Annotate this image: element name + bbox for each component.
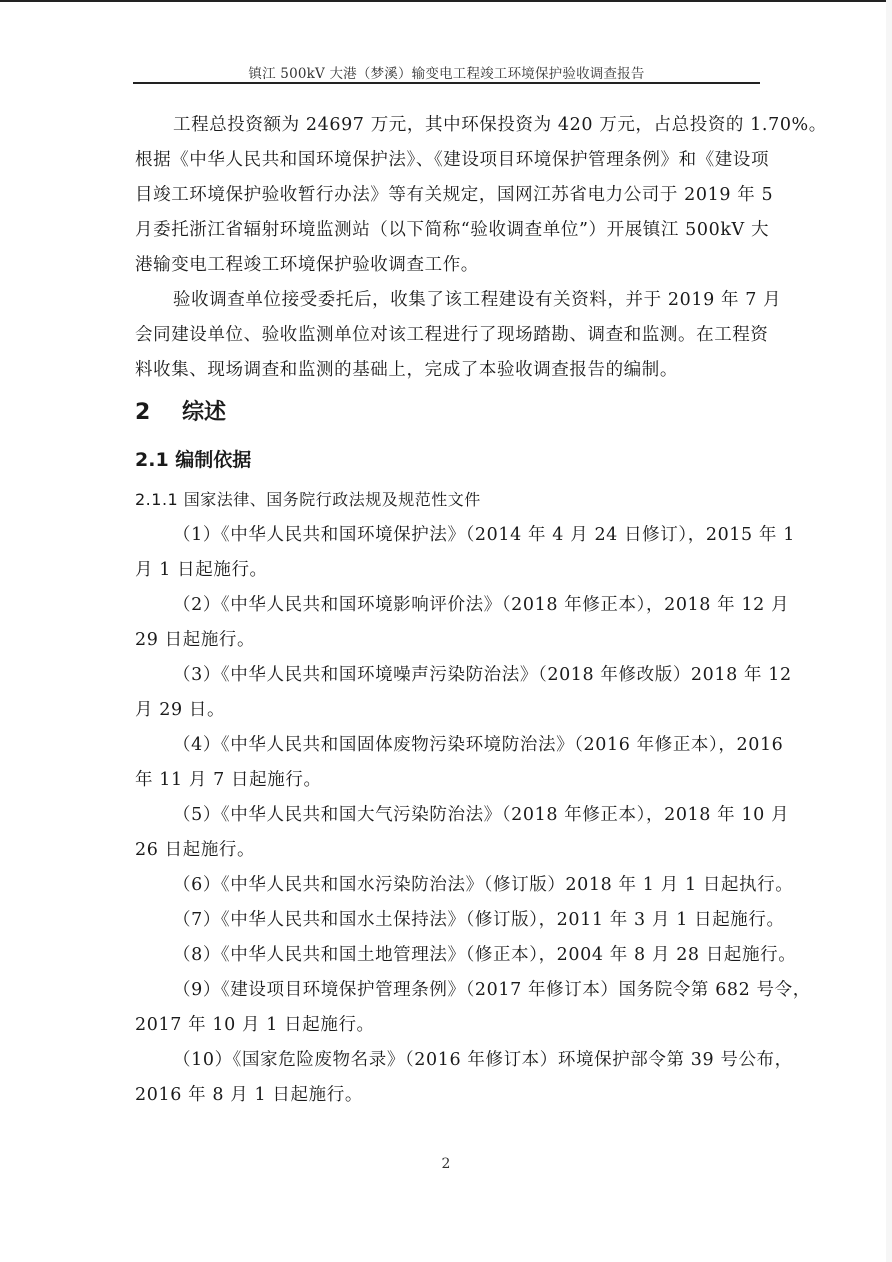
text-line: （1）《中华人民共和国环境保护法》（2014 年 4 月 24 日修订），201… <box>173 525 760 545</box>
text-line: 验收调查单位接受委托后，收集了该工程建设有关资料，并于 2019 年 7 月 <box>173 290 760 310</box>
section-heading: 2综述 <box>135 400 226 426</box>
text-line: 2016 年 8 月 1 日起施行。 <box>135 1085 760 1105</box>
text-line: 29 日起施行。 <box>135 630 760 650</box>
text-line: 目竣工环境保护验收暂行办法》等有关规定，国网江苏省电力公司于 2019 年 5 <box>135 185 760 205</box>
text-line: （5）《中华人民共和国大气污染防治法》（2018 年修正本），2018 年 10… <box>173 805 760 825</box>
page-right-edge <box>886 0 892 1262</box>
text-line: （10）《国家危险废物名录》（2016 年修订本）环境保护部令第 39 号公布， <box>173 1050 760 1070</box>
text-line: 月委托浙江省辐射环境监测站（以下简称“验收调查单位”）开展镇江 500kV 大 <box>135 220 760 240</box>
text-line: （4）《中华人民共和国固体废物污染环境防治法》（2016 年修正本），2016 <box>173 735 760 755</box>
text-line: 2017 年 10 月 1 日起施行。 <box>135 1015 760 1035</box>
text-line: （3）《中华人民共和国环境噪声污染防治法》（2018 年修改版）2018 年 1… <box>173 665 760 685</box>
text-line: 会同建设单位、验收监测单位对该工程进行了现场踏勘、调查和监测。在工程资 <box>135 325 760 345</box>
running-header: 镇江 500kV 大港（梦溪）输变电工程竣工环境保护验收调查报告 <box>133 62 760 82</box>
text-line: （2）《中华人民共和国环境影响评价法》（2018 年修正本），2018 年 12… <box>173 595 760 615</box>
text-line: （7）《中华人民共和国水土保持法》（修订版），2011 年 3 月 1 日起施行… <box>173 910 760 930</box>
text-line: （6）《中华人民共和国水污染防治法》（修订版）2018 年 1 月 1 日起执行… <box>173 875 760 895</box>
page-number: 2 <box>436 1156 456 1172</box>
text-line: 月 1 日起施行。 <box>135 560 760 580</box>
text-line: 工程总投资额为 24697 万元，其中环保投资为 420 万元，占总投资的 1.… <box>173 115 760 135</box>
page-top-border <box>0 0 892 2</box>
text-line: 26 日起施行。 <box>135 840 760 860</box>
text-line: 根据《中华人民共和国环境保护法》、《建设项目环境保护管理条例》和《建设项 <box>135 150 760 170</box>
text-line: 月 29 日。 <box>135 700 760 720</box>
text-line: （9）《建设项目环境保护管理条例》（2017 年修订本）国务院令第 682 号令… <box>173 980 760 1000</box>
header-rule <box>133 82 760 84</box>
section-number: 2 <box>135 400 182 426</box>
section-title: 综述 <box>182 400 226 425</box>
text-line: 港输变电工程竣工环境保护验收调查工作。 <box>135 255 760 275</box>
subsection-heading: 2.1 编制依据 <box>135 448 251 472</box>
text-line: 年 11 月 7 日起施行。 <box>135 770 760 790</box>
subsubsection-heading: 2.1.1 国家法律、国务院行政法规及规范性文件 <box>135 489 481 511</box>
text-line: 料收集、现场调查和监测的基础上，完成了本验收调查报告的编制。 <box>135 360 760 380</box>
text-line: （8）《中华人民共和国土地管理法》（修正本），2004 年 8 月 28 日起施… <box>173 945 760 965</box>
